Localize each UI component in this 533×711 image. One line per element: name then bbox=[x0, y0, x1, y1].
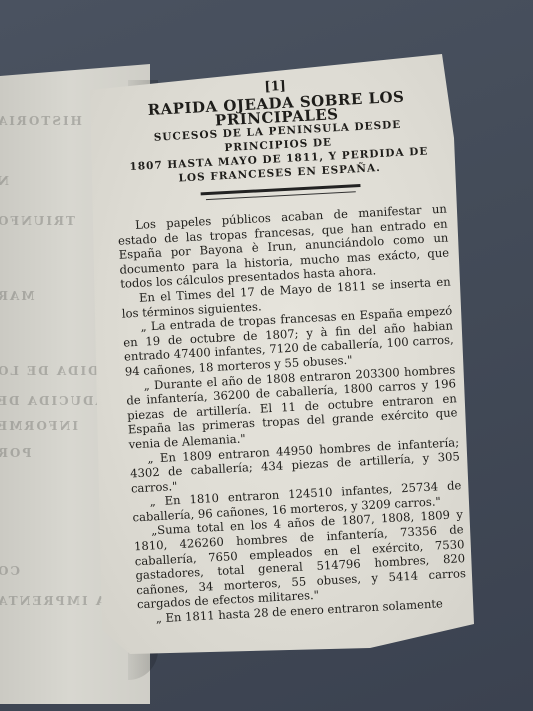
ghost-text: N bbox=[0, 174, 9, 188]
printed-text: [1] RAPIDA OJEADA SOBRE LOS PRINCIPALES … bbox=[110, 71, 468, 627]
ghost-text: CO bbox=[0, 564, 20, 578]
divider bbox=[201, 184, 361, 195]
ghost-text: TRIUNFO bbox=[0, 214, 75, 228]
ghost-text: HISTORIA bbox=[0, 114, 82, 128]
page-title: RAPIDA OJEADA SOBRE LOS PRINCIPALES SUCE… bbox=[111, 88, 445, 189]
ghost-text: INFORME bbox=[0, 419, 78, 433]
ghost-text: POR bbox=[0, 446, 31, 460]
ghost-text: MAR bbox=[0, 289, 35, 303]
paragraph: „Suma total en los 4 años de 1807, 1808,… bbox=[133, 508, 467, 613]
